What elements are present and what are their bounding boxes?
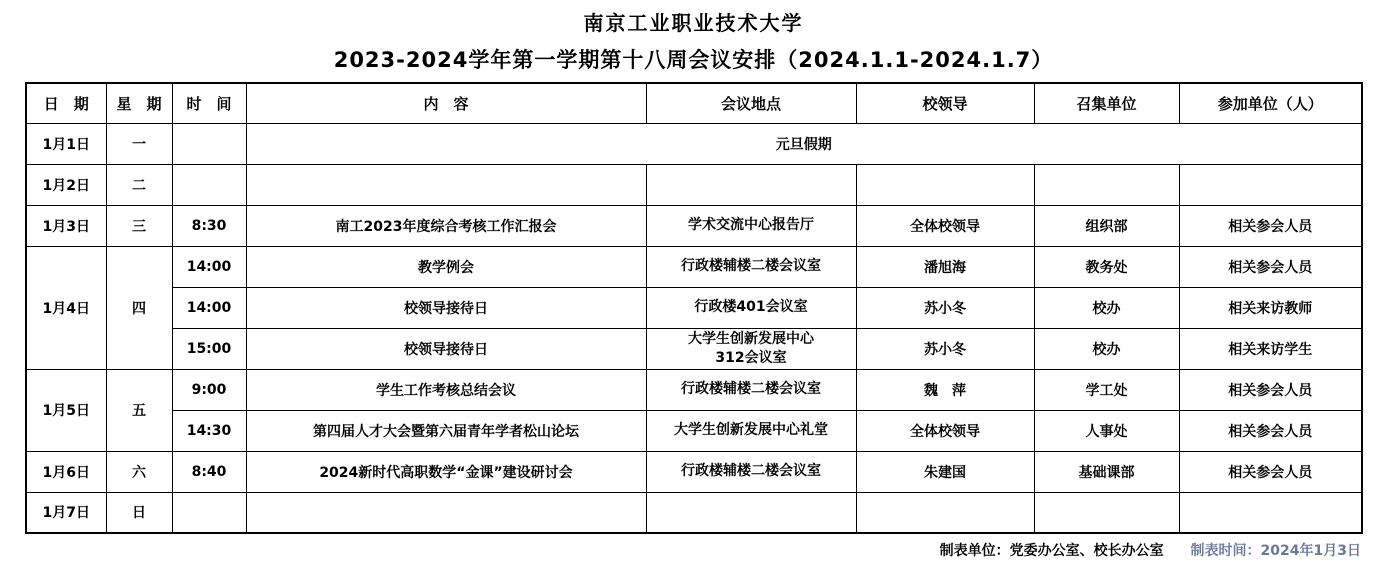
participants-cell <box>1179 164 1362 205</box>
organizer-cell: 学工处 <box>1034 369 1179 410</box>
participants-cell <box>1179 492 1362 533</box>
time-cell <box>172 164 246 205</box>
organizer-cell <box>1034 492 1179 533</box>
table-row: 14:30 第四届人才大会暨第六届青年学者松山论坛 大学生创新发展中心礼堂 全体… <box>26 410 1362 451</box>
organizer-cell: 校办 <box>1034 328 1179 369</box>
organizer-cell: 教务处 <box>1034 246 1179 287</box>
table-row: 1月5日 五 9:00 学生工作考核总结会议 行政楼辅楼二楼会议室 魏 萍 学工… <box>26 369 1362 410</box>
time-cell: 15:00 <box>172 328 246 369</box>
footer: 制表单位：党委办公室、校长办公室 制表时间：2024年1月3日 <box>940 540 1361 560</box>
participants-cell: 相关参会人员 <box>1179 410 1362 451</box>
table-row: 1月3日 三 8:30 南工2023年度综合考核工作汇报会 学术交流中心报告厅 … <box>26 205 1362 246</box>
week-cell: 日 <box>106 492 172 533</box>
footer-issue-date: 制表时间：2024年1月3日 <box>1191 543 1361 559</box>
location-cell: 行政楼辅楼二楼会议室 <box>646 246 856 287</box>
col-header-date: 日 期 <box>26 83 106 123</box>
date-cell: 1月5日 <box>26 369 106 451</box>
header-row: 日 期 星 期 时 间 内 容 会议地点 校领导 召集单位 参加单位（人） <box>26 83 1362 123</box>
date-cell: 1月6日 <box>26 451 106 492</box>
time-cell: 9:00 <box>172 369 246 410</box>
leader-cell: 全体校领导 <box>856 410 1034 451</box>
time-cell: 14:00 <box>172 246 246 287</box>
organizer-cell: 人事处 <box>1034 410 1179 451</box>
holiday-cell: 元旦假期 <box>246 123 1362 164</box>
week-cell: 一 <box>106 123 172 164</box>
leader-cell: 苏小冬 <box>856 328 1034 369</box>
participants-cell: 相关参会人员 <box>1179 369 1362 410</box>
participants-cell: 相关参会人员 <box>1179 246 1362 287</box>
content-cell: 学生工作考核总结会议 <box>246 369 646 410</box>
content-cell: 第四届人才大会暨第六届青年学者松山论坛 <box>246 410 646 451</box>
organizer-cell <box>1034 164 1179 205</box>
participants-cell: 相关来访学生 <box>1179 328 1362 369</box>
date-cell: 1月3日 <box>26 205 106 246</box>
content-cell: 2024新时代高职数学“金课”建设研讨会 <box>246 451 646 492</box>
col-header-leader: 校领导 <box>856 83 1034 123</box>
col-header-organizer: 召集单位 <box>1034 83 1179 123</box>
table-row: 1月7日 日 <box>26 492 1362 533</box>
col-header-content: 内 容 <box>246 83 646 123</box>
col-header-participants: 参加单位（人） <box>1179 83 1362 123</box>
date-cell: 1月7日 <box>26 492 106 533</box>
footer-issuing-unit: 制表单位：党委办公室、校长办公室 <box>940 543 1164 559</box>
time-cell <box>172 492 246 533</box>
leader-cell <box>856 164 1034 205</box>
location-cell: 行政楼辅楼二楼会议室 <box>646 369 856 410</box>
date-cell: 1月1日 <box>26 123 106 164</box>
participants-cell: 相关参会人员 <box>1179 451 1362 492</box>
week-cell: 三 <box>106 205 172 246</box>
week-cell: 四 <box>106 246 172 369</box>
location-cell: 学术交流中心报告厅 <box>646 205 856 246</box>
time-cell: 8:40 <box>172 451 246 492</box>
content-cell: 校领导接待日 <box>246 328 646 369</box>
location-cell: 行政楼辅楼二楼会议室 <box>646 451 856 492</box>
table-row: 1月1日 一 元旦假期 <box>26 123 1362 164</box>
meeting-schedule-table: 日 期 星 期 时 间 内 容 会议地点 校领导 召集单位 参加单位（人） 1月… <box>25 82 1363 534</box>
organizer-cell: 组织部 <box>1034 205 1179 246</box>
leader-cell: 潘旭海 <box>856 246 1034 287</box>
time-cell: 14:30 <box>172 410 246 451</box>
col-header-location: 会议地点 <box>646 83 856 123</box>
participants-cell: 相关参会人员 <box>1179 205 1362 246</box>
table-row: 15:00 校领导接待日 大学生创新发展中心 312会议室 苏小冬 校办 相关来… <box>26 328 1362 369</box>
col-header-time: 时 间 <box>172 83 246 123</box>
table-row: 1月2日 二 <box>26 164 1362 205</box>
leader-cell: 朱建国 <box>856 451 1034 492</box>
time-cell: 8:30 <box>172 205 246 246</box>
time-cell <box>172 123 246 164</box>
content-cell <box>246 492 646 533</box>
organizer-cell: 校办 <box>1034 287 1179 328</box>
content-cell: 教学例会 <box>246 246 646 287</box>
date-cell: 1月2日 <box>26 164 106 205</box>
page-subtitle: 2023-2024学年第一学期第十八周会议安排（2024.1.1-2024.1.… <box>0 44 1387 74</box>
leader-cell: 苏小冬 <box>856 287 1034 328</box>
participants-cell: 相关来访教师 <box>1179 287 1362 328</box>
organizer-cell: 基础课部 <box>1034 451 1179 492</box>
location-cell: 大学生创新发展中心礼堂 <box>646 410 856 451</box>
location-cell <box>646 164 856 205</box>
leader-cell <box>856 492 1034 533</box>
leader-cell: 魏 萍 <box>856 369 1034 410</box>
location-cell: 大学生创新发展中心 312会议室 <box>646 328 856 369</box>
week-cell: 六 <box>106 451 172 492</box>
location-cell: 行政楼401会议室 <box>646 287 856 328</box>
date-cell: 1月4日 <box>26 246 106 369</box>
content-cell <box>246 164 646 205</box>
time-cell: 14:00 <box>172 287 246 328</box>
location-cell <box>646 492 856 533</box>
table-row: 14:00 校领导接待日 行政楼401会议室 苏小冬 校办 相关来访教师 <box>26 287 1362 328</box>
col-header-week: 星 期 <box>106 83 172 123</box>
table-row: 1月4日 四 14:00 教学例会 行政楼辅楼二楼会议室 潘旭海 教务处 相关参… <box>26 246 1362 287</box>
page-title: 南京工业职业技术大学 <box>0 7 1387 36</box>
leader-cell: 全体校领导 <box>856 205 1034 246</box>
week-cell: 二 <box>106 164 172 205</box>
content-cell: 南工2023年度综合考核工作汇报会 <box>246 205 646 246</box>
week-cell: 五 <box>106 369 172 451</box>
content-cell: 校领导接待日 <box>246 287 646 328</box>
table-row: 1月6日 六 8:40 2024新时代高职数学“金课”建设研讨会 行政楼辅楼二楼… <box>26 451 1362 492</box>
